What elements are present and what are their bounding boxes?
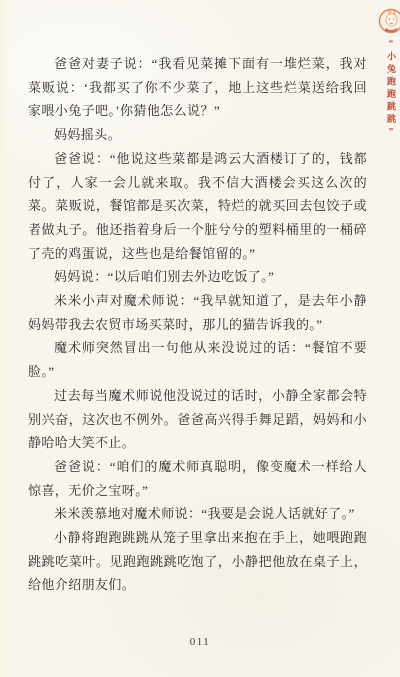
paragraph: 米米小声对魔术师说：“我早就知道了，是去年小静妈妈带我去农贸市场买菜时，那儿的猫… [28, 289, 367, 336]
story-text: 爸爸对妻子说：“我看见菜摊下面有一堆烂菜，我对菜贩说：‘我都买了你不少菜了，地上… [28, 52, 367, 597]
rabbit-seal-icon [377, 6, 400, 36]
paragraph: 爸爸说：“他说这些菜都是鸿云大酒楼订了的，钱都付了，人家一会儿就来取。我不信大酒… [28, 147, 367, 266]
margin-book-title: “小兔跑跑跳跳” [385, 38, 398, 140]
book-page: “小兔跑跑跳跳” 爸爸对妻子说：“我看见菜摊下面有一堆烂菜，我对菜贩说：‘我都买… [0, 0, 400, 677]
page-number: 011 [0, 636, 400, 648]
paragraph: 魔术师突然冒出一句他从来没说过的话：“餐馆不要脸。” [28, 336, 367, 383]
paragraph: 爸爸说：“咱们的魔术师真聪明，像变魔术一样给人惊喜，无价之宝呀。” [28, 455, 367, 502]
paragraph: 爸爸对妻子说：“我看见菜摊下面有一堆烂菜，我对菜贩说：‘我都买了你不少菜了，地上… [28, 52, 367, 123]
paragraph: 过去每当魔术师说他没说过的话时，小静全家都会特别兴奋，这次也不例外。爸爸高兴得手… [28, 384, 367, 455]
paragraph: 米米羡慕地对魔术师说：“我要是会说人话就好了。” [28, 502, 367, 526]
paragraph: 妈妈摇头。 [28, 123, 367, 147]
paragraph: 小静将跑跑跳跳从笼子里拿出来抱在手上，她喂跑跑跳跳吃菜叶。见跑跑跳跳吃饱了，小静… [28, 526, 367, 597]
paragraph: 妈妈说：“以后咱们别去外边吃饭了。” [28, 265, 367, 289]
